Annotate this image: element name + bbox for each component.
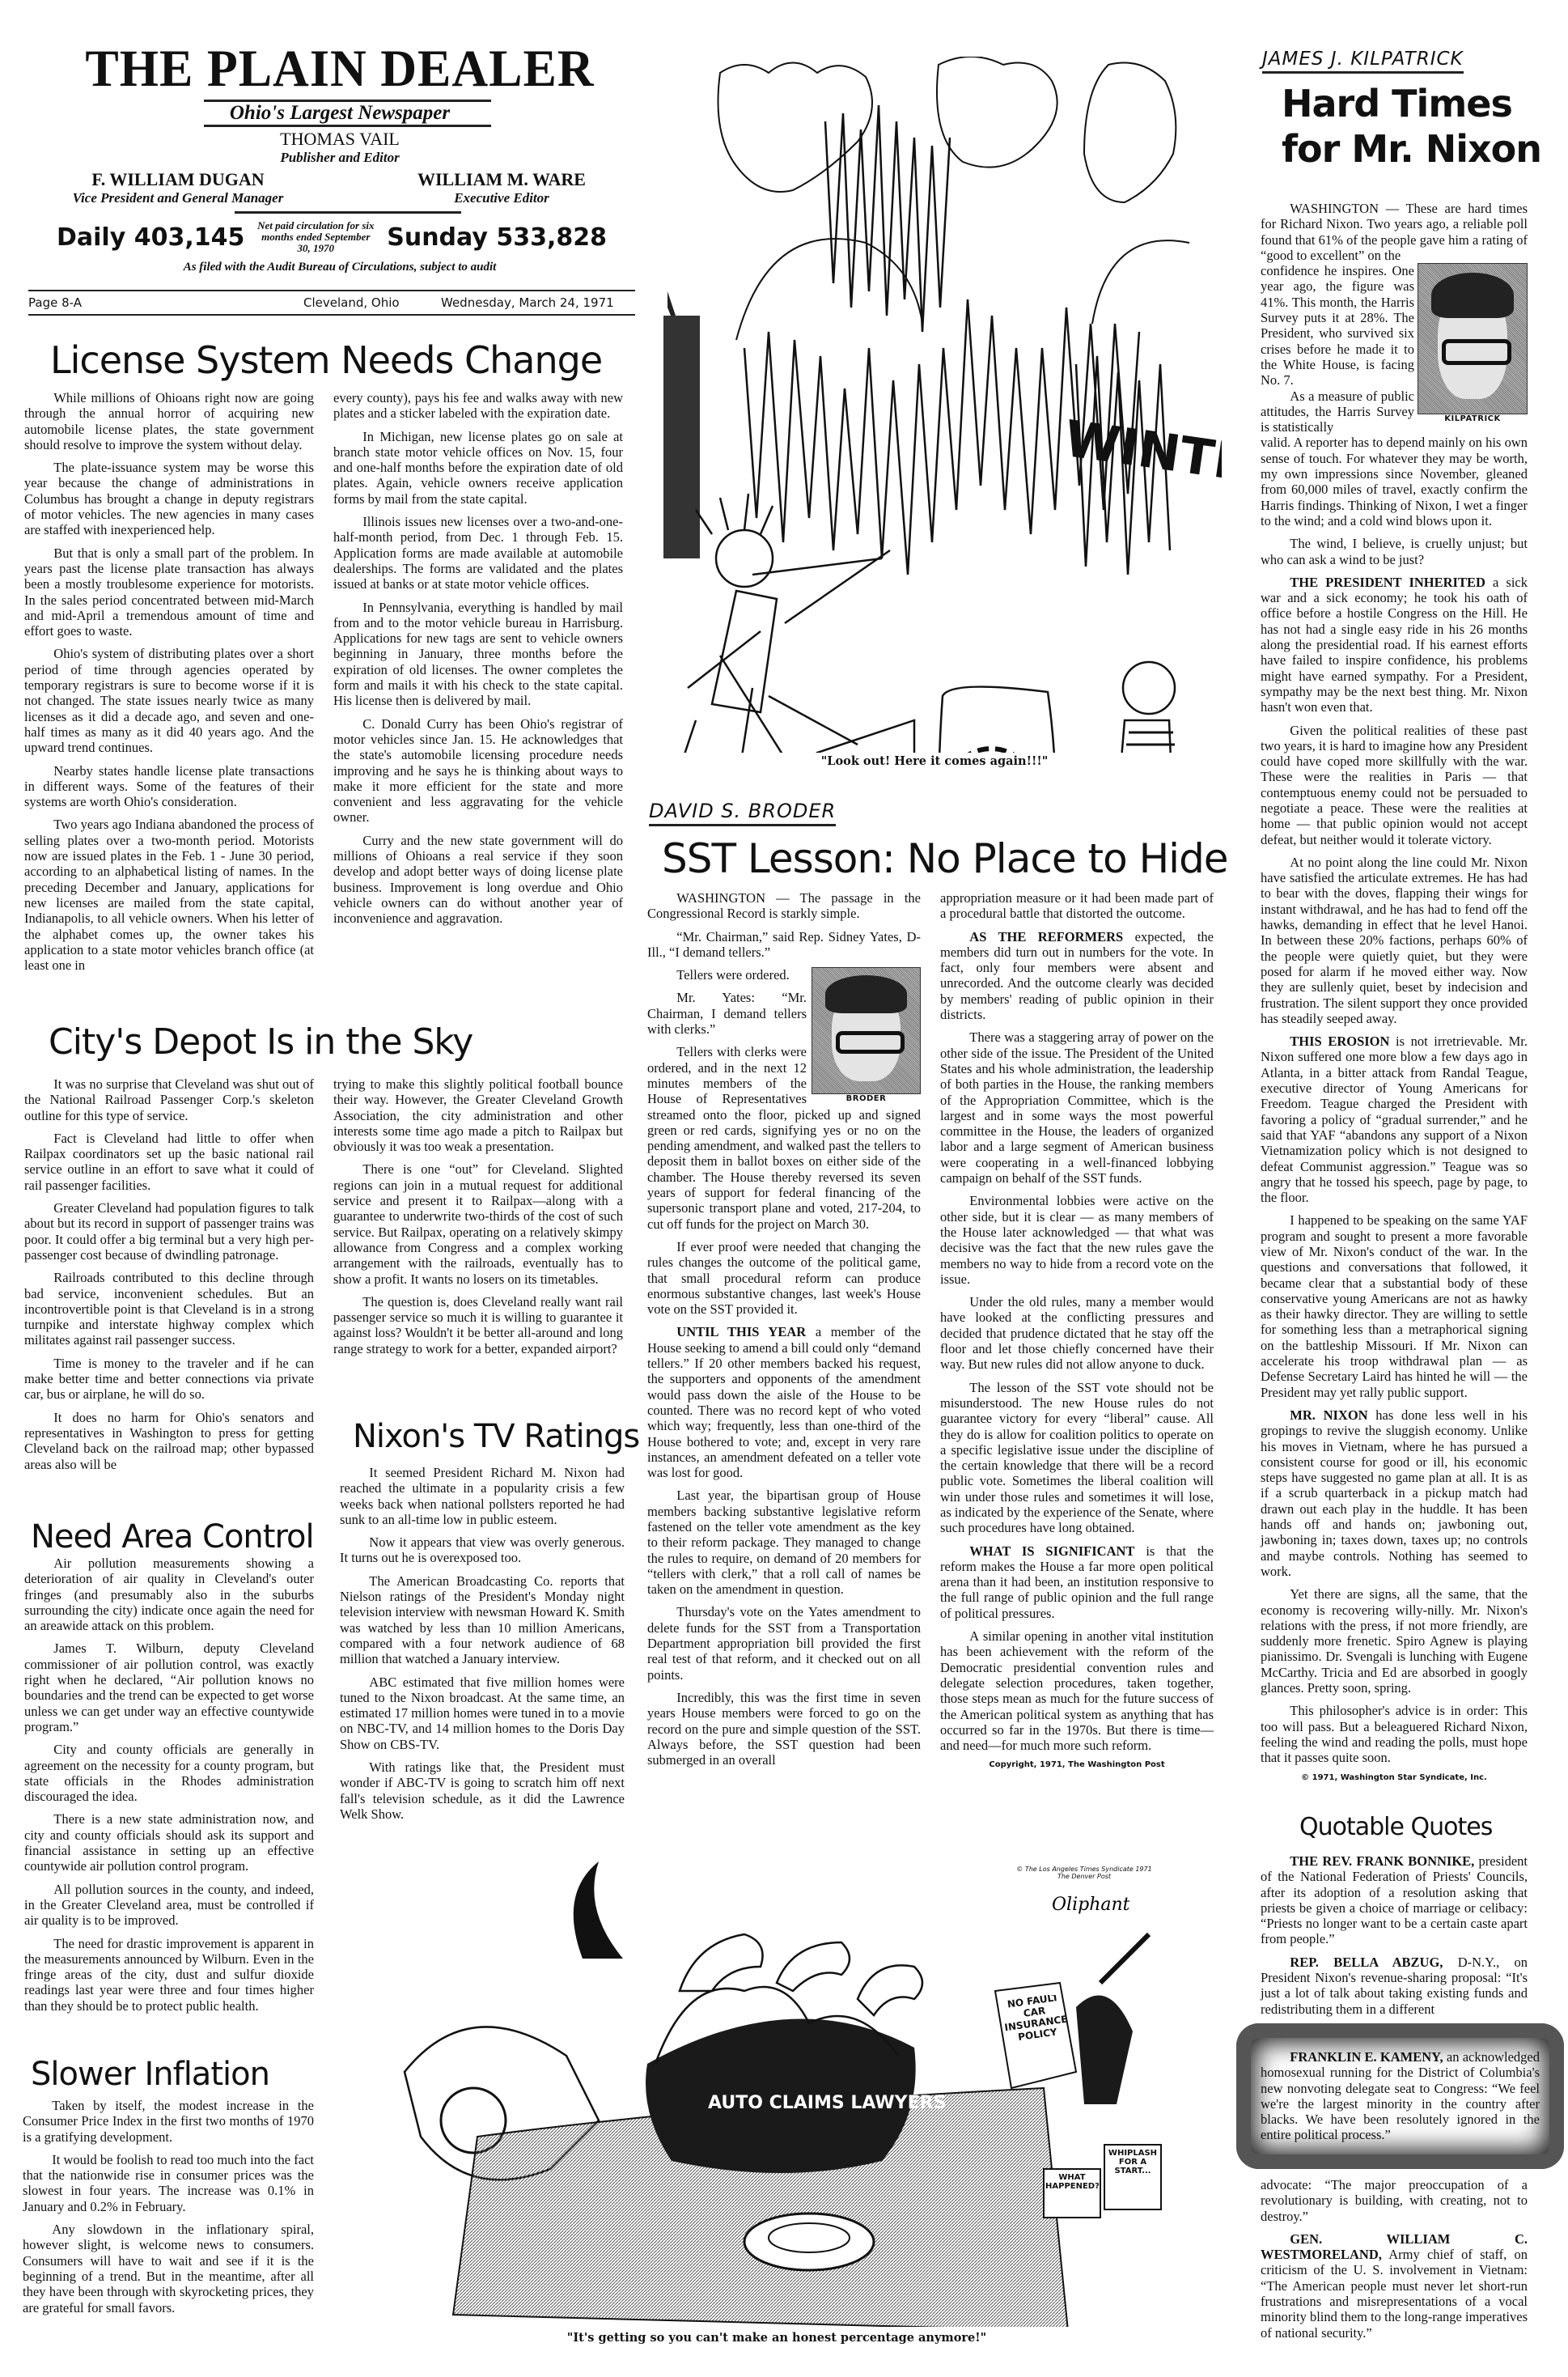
paragraph: It was no surprise that Cleveland was sh… <box>24 1076 314 1123</box>
cartoon-winter-drawing: WINTER FERTILIZER 10-6-4 <box>655 57 1222 753</box>
paragraph: The question is, does Cleveland really w… <box>333 1294 623 1356</box>
label-whiplash: WHIPLASH FOR A START... <box>1106 2149 1159 2175</box>
publisher-title: Publisher and Editor <box>57 150 623 166</box>
quote-westmoreland: GEN. WILLIAM C. WESTMORELAND, Army chief… <box>1261 2231 1528 2341</box>
paragraph: ABC estimated that five million homes we… <box>340 1675 625 1752</box>
columnist-broder: DAVID S. BRODER <box>649 800 836 826</box>
paragraph: But that is only a small part of the pro… <box>24 545 314 639</box>
cartoon-credit: © The Los Angeles Times Syndicate 1971 T… <box>1011 1866 1157 1880</box>
quote-kameny-highlight: FRANKLIN E. KAMENY, an acknowledged homo… <box>1236 2023 1564 2169</box>
cartoon-no-fault: AUTO CLAIMS LAWYERS NO FAULT CAR INSURAN… <box>340 1861 1230 2327</box>
article-license-col1: While millions of Ohioans right now are … <box>24 390 314 980</box>
kilpatrick-portrait-image <box>1418 263 1528 414</box>
article-nixon-tv: It seemed President Richard M. Nixon had… <box>340 1465 625 1829</box>
paragraph: every county), pays his fee and walks aw… <box>333 390 623 422</box>
sunday-circulation: Sunday 533,828 <box>387 223 607 252</box>
paragraph: Air pollution measurements showing a det… <box>24 1556 314 1633</box>
article-broder: WASHINGTON — The passage in the Congress… <box>647 890 1214 1775</box>
label-winter: WINTER <box>1061 409 1222 499</box>
paragraph: trying to make this slightly political f… <box>333 1076 623 1154</box>
paragraph: Nearby states handle license plate trans… <box>24 763 314 810</box>
dateline-bar: Page 8-A Cleveland, Ohio Wednesday, Marc… <box>28 290 635 316</box>
kilpatrick-photo: KILPATRICK <box>1418 263 1528 423</box>
headline-inflation: Slower Inflation <box>31 2056 269 2093</box>
paragraph: Now it appears that view was overly gene… <box>340 1534 625 1566</box>
paragraph: Taken by itself, the modest increase in … <box>23 2098 314 2145</box>
quotes-list-continued: advocate: “The major preoccupation of a … <box>1261 2177 1528 2348</box>
headline-nixon-tv: Nixon's TV Ratings <box>353 1418 639 1455</box>
headline-depot: City's Depot Is in the Sky <box>49 1021 473 1063</box>
paragraph: It would be foolish to read too much int… <box>23 2152 314 2214</box>
editor-name: WILLIAM M. WARE <box>380 169 623 190</box>
article-depot-col1: It was no surprise that Cleveland was sh… <box>24 1076 314 1479</box>
paragraph: It does no harm for Ohio's senators and … <box>24 1410 314 1472</box>
circulation-note: Net paid circulation for six months ende… <box>255 220 376 254</box>
paragraph: All pollution sources in the county, and… <box>24 1882 314 1929</box>
broder-photo: BRODER <box>812 967 921 1103</box>
paragraph: Railroads contributed to this decline th… <box>24 1270 314 1348</box>
paragraph: There is a new state administration now,… <box>24 1811 314 1874</box>
paragraph: C. Donald Curry has been Ohio's registra… <box>333 716 623 826</box>
paragraph: The need for drastic improvement is appa… <box>24 1936 314 2014</box>
paragraph: Curry and the new state government will … <box>333 833 623 927</box>
quote-bonnike: THE REV. FRANK BONNIKE, president of the… <box>1261 1853 1528 1947</box>
paragraph: The plate-issuance system may be worse t… <box>24 460 314 537</box>
paragraph: Illinois issues new licenses over a two-… <box>333 514 623 592</box>
paragraph: Two years ago Indiana abandoned the proc… <box>24 817 314 973</box>
label-auto-claims-lawyers: AUTO CLAIMS LAWYERS <box>708 2093 946 2113</box>
cartoon-bottom-signature: Oliphant <box>1052 1895 1130 1915</box>
gm-title: Vice President and General Manager <box>24 190 332 206</box>
paragraph: With ratings like that, the President mu… <box>340 1759 625 1822</box>
article-kilpatrick: WASHINGTON — These are hard times for Ri… <box>1261 201 1528 1782</box>
paragraph: There is one “out” for Cleveland. Slight… <box>333 1161 623 1286</box>
masthead: THE PLAIN DEALER Ohio's Largest Newspape… <box>24 40 623 274</box>
columnist-kilpatrick: JAMES J. KILPATRICK <box>1262 49 1464 74</box>
paragraph: In Pennsylvania, everything is handled b… <box>333 600 623 709</box>
label-no-fault-policy: NO FAULT CAR INSURANCE POLICY <box>997 1995 1074 2045</box>
date: Wednesday, March 24, 1971 <box>441 295 614 310</box>
kilpatrick-copyright: © 1971, Washington Star Syndicate, Inc. <box>1261 1773 1528 1782</box>
editor-title: Executive Editor <box>380 190 623 206</box>
publisher-name: THOMAS VAIL <box>57 129 623 150</box>
headline-area-control: Need Area Control <box>31 1518 314 1556</box>
headline-sst: SST Lesson: No Place to Hide <box>662 835 1228 882</box>
paragraph: Greater Cleveland had population figures… <box>24 1200 314 1263</box>
paragraph: It seemed President Richard M. Nixon had… <box>340 1465 625 1527</box>
cartoon-no-fault-caption: "It's getting so you can't make an hones… <box>453 2331 1100 2345</box>
paragraph: Time is money to the traveler and if he … <box>24 1356 314 1403</box>
cartoon-no-fault-drawing: AUTO CLAIMS LAWYERS NO FAULT CAR INSURAN… <box>340 1861 1230 2327</box>
article-license: While millions of Ohioans right now are … <box>24 390 623 980</box>
paragraph: In Michigan, new license plates go on sa… <box>333 429 623 507</box>
headline-quotable-quotes: Quotable Quotes <box>1299 1813 1492 1841</box>
broder-portrait-image <box>812 967 921 1094</box>
gm-name: F. WILLIAM DUGAN <box>24 169 332 190</box>
article-broder-col1: WASHINGTON — The passage in the Congress… <box>647 890 921 1775</box>
paragraph: City and county officials are generally … <box>24 1742 314 1804</box>
city: Cleveland, Ohio <box>303 295 441 310</box>
newspaper-title: THE PLAIN DEALER <box>57 39 623 100</box>
paragraph: Ohio's system of distributing plates ove… <box>24 646 314 755</box>
headline-license: License System Needs Change <box>50 338 602 382</box>
tagline: Ohio's Largest Newspaper <box>57 102 623 125</box>
page-number: Page 8-A <box>28 295 303 310</box>
headline-hard-times: Hard Times for Mr. Nixon <box>1282 81 1541 172</box>
cartoon-winter-caption: "Look out! Here it comes again!!!" <box>655 754 1214 768</box>
quotes-list: THE REV. FRANK BONNIKE, president of the… <box>1261 1853 1528 2017</box>
broder-copyright: Copyright, 1971, The Washington Post <box>940 1760 1214 1769</box>
paragraph: While millions of Ohioans right now are … <box>24 390 314 452</box>
article-broder-col2: appropriation measure or it had been mad… <box>940 890 1214 1775</box>
label-what-happened: WHAT HAPPENED? <box>1045 2173 1099 2191</box>
daily-circulation: Daily 403,145 <box>57 223 244 252</box>
quote-abzug: REP. BELLA ABZUG, D-N.Y., on President N… <box>1261 1955 1528 2017</box>
quote-kameny: FRANKLIN E. KAMENY, an acknowledged homo… <box>1261 2049 1540 2143</box>
paragraph: Fact is Cleveland had little to offer wh… <box>24 1131 314 1193</box>
article-inflation: Taken by itself, the modest increase in … <box>23 2098 314 2323</box>
article-area-control: Air pollution measurements showing a det… <box>24 1556 314 2021</box>
cartoon-winter: WINTER FERTILIZER 10-6-4 <box>655 57 1222 753</box>
article-license-col2: every county), pays his fee and walks aw… <box>333 390 623 980</box>
paragraph: The American Broadcasting Co. reports th… <box>340 1573 625 1667</box>
audit-note: As filed with the Audit Bureau of Circul… <box>57 261 623 274</box>
paragraph: Any slowdown in the inflationary spiral,… <box>23 2222 314 2315</box>
paragraph: James T. Wilburn, deputy Cleveland commi… <box>24 1641 314 1734</box>
quote-revolutionary: advocate: “The major preoccupation of a … <box>1261 2177 1528 2224</box>
